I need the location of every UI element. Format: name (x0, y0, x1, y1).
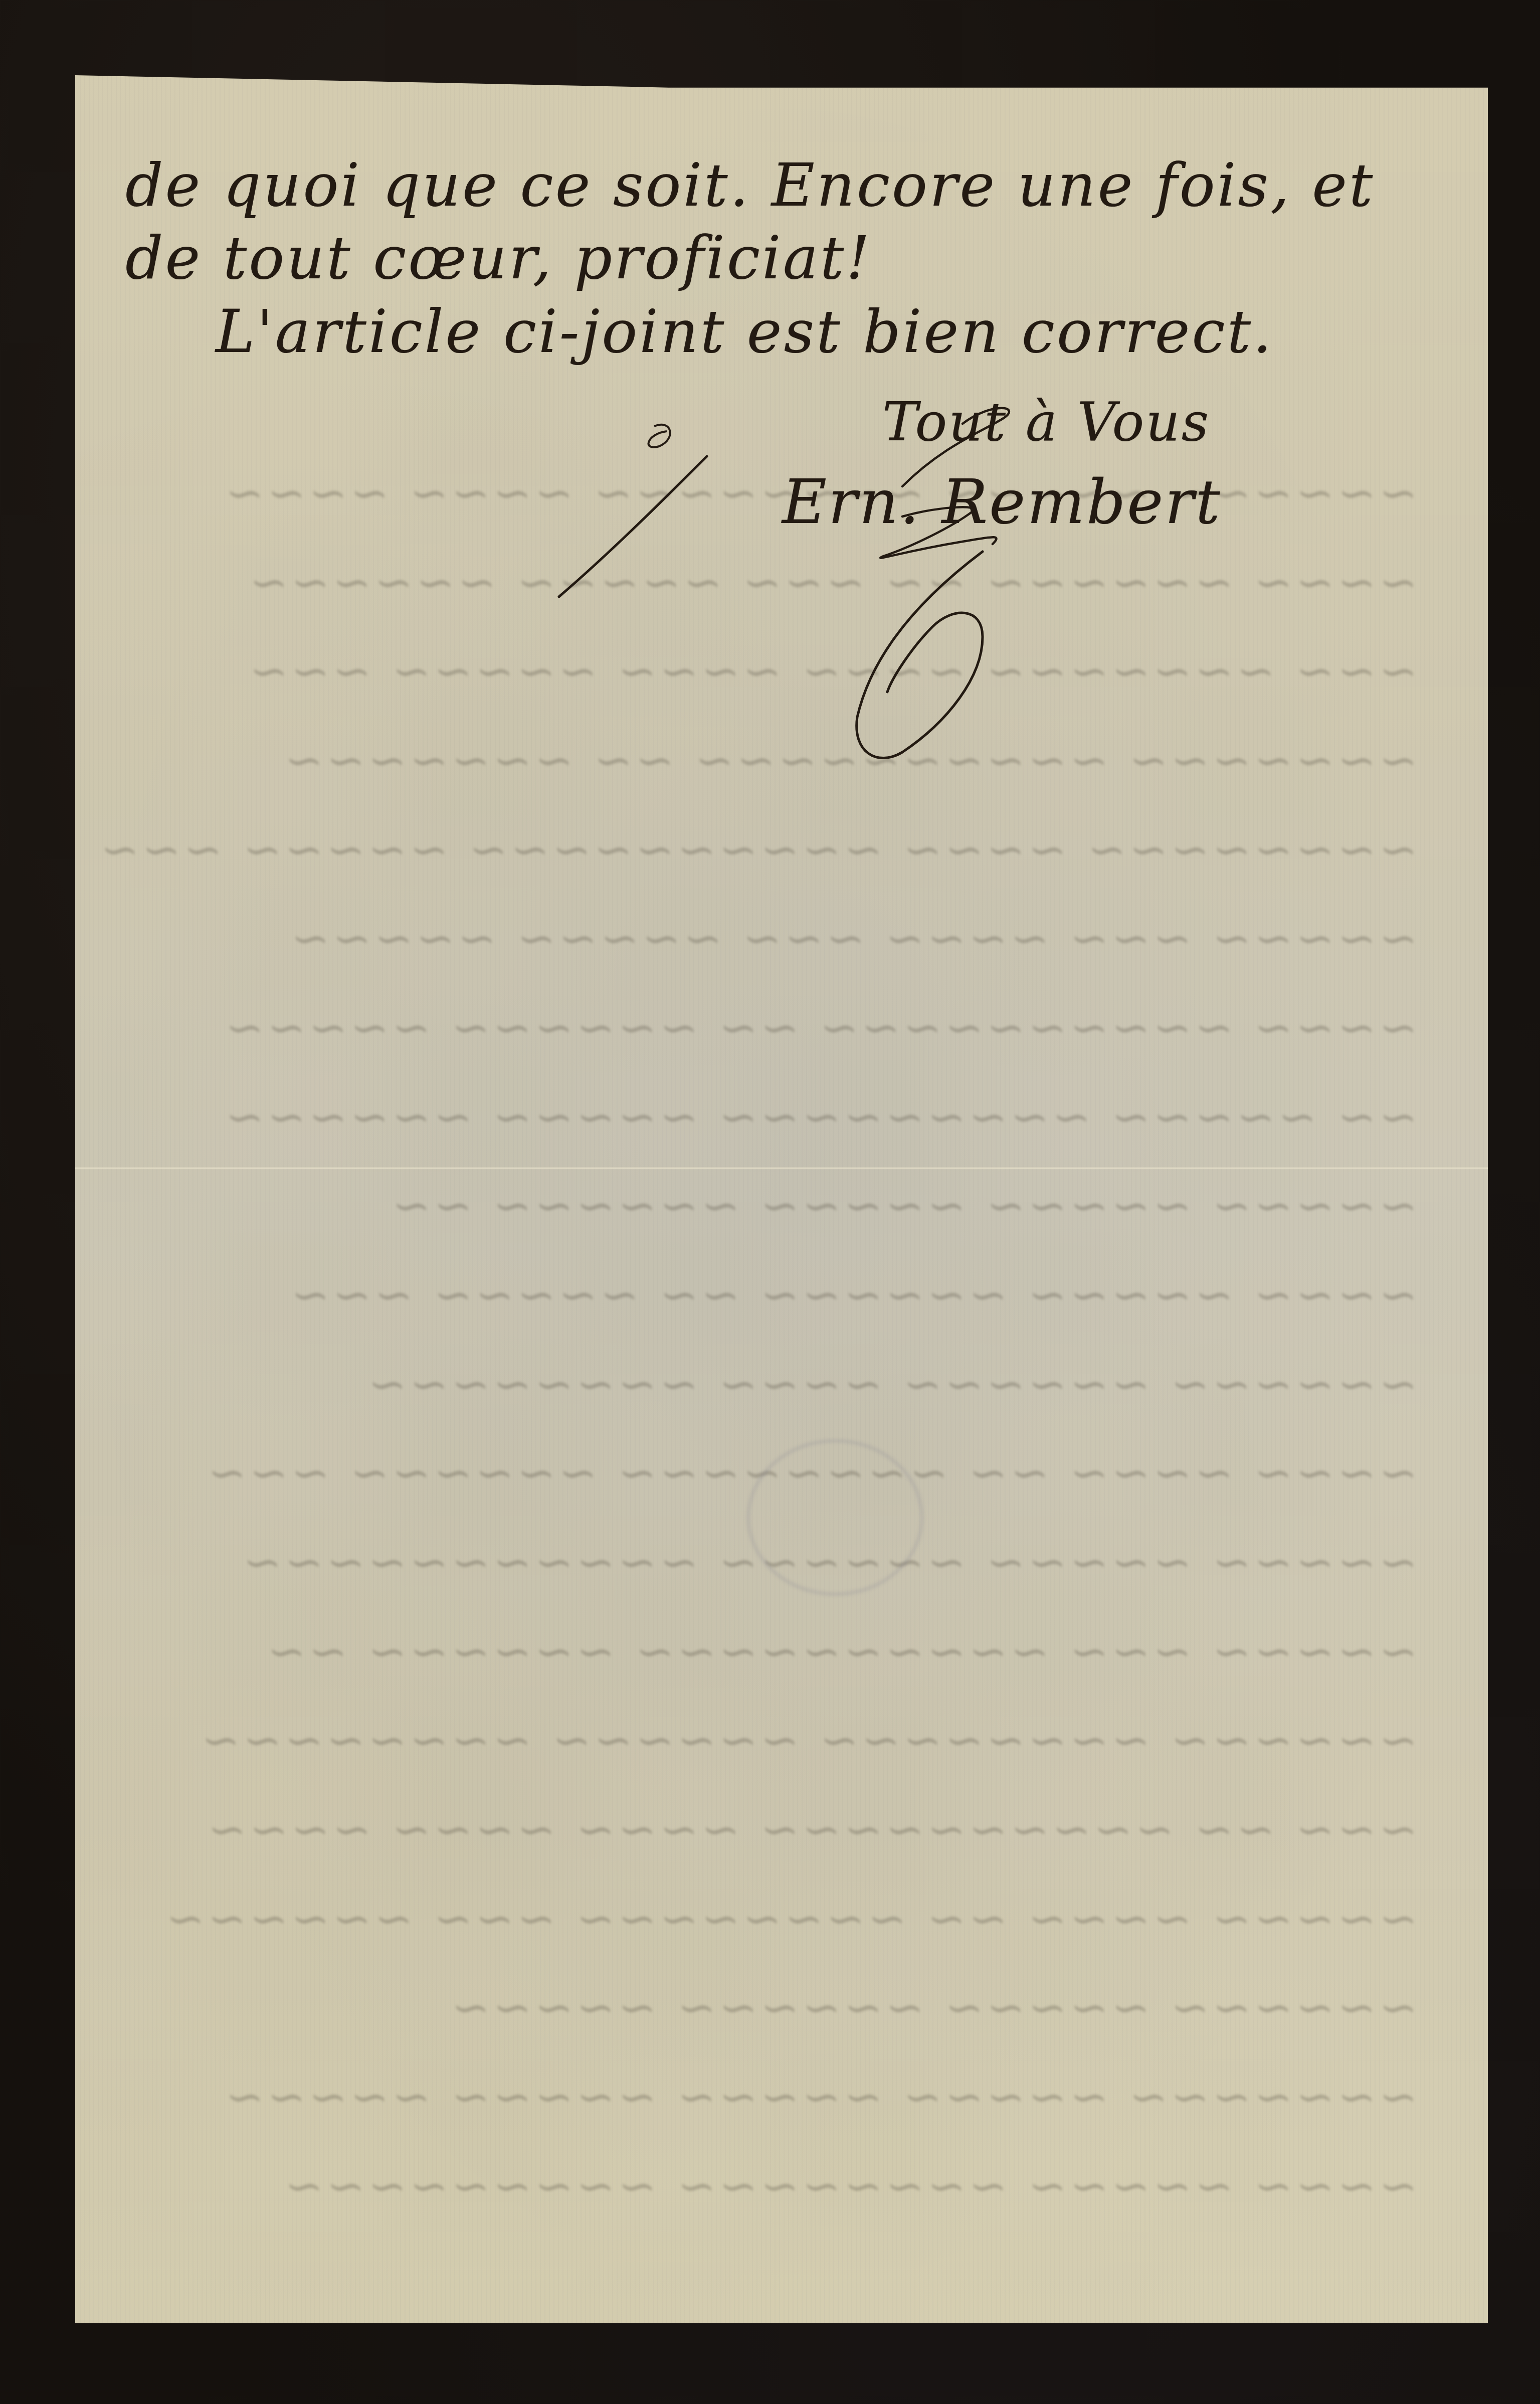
faint-stamp-impression (747, 1439, 923, 1596)
letter-signature: Ern. Rembert (782, 466, 1222, 538)
bleed-line: ~~~~~ ~~~~ ~~ ~~~~~~~~ ~~~ ~~~~~~ (145, 1892, 1418, 1946)
letter-closing: Tout à Vous (882, 391, 1210, 453)
bleed-line: ~~~~ ~~~~~ ~~~~~~ ~~ ~~~~~ ~~~ (145, 1268, 1418, 1322)
bleed-line: ~~ ~~~~~ ~~~~~~~~~ ~~~~~ ~~~~~~ (145, 1090, 1418, 1144)
bleed-line: ~~~~~~~ ~~~~~ ~~~~~ ~~~~~ ~~~~~ (145, 2070, 1418, 2124)
bleed-line: ~~~~~~ ~~~~~~ ~~~~ ~~~~~~~~ (145, 1357, 1418, 1411)
bleed-line: ~~~~ ~~~~~~ ~~ ~~~ ~~~~~ ~~~~~~ (145, 556, 1418, 609)
bleed-line: ~~~~~ ~~~ ~~~~ ~~~ ~~~~~ ~~~~~ (145, 912, 1418, 965)
bleed-line: ~~~~ ~~~~~ ~~~~~~~~ ~~~~~~~~~ (145, 2159, 1418, 2213)
letter-page: ~~~~~~ ~~~~~ ~~~~~~~~ ~~~~ ~~~~ ~~~~ ~~~… (75, 75, 1488, 2323)
letter-line-2: de tout cœur, proficiat! (125, 223, 872, 292)
bleed-line: ~~~ ~~ ~~~~~~~~~~ ~~~~ ~~~~ ~~~~ (145, 1803, 1418, 1856)
bleed-line: ~~~~~ ~~~ ~~~~~~~~~~ ~~~~~~ ~~ (145, 1625, 1418, 1678)
bleed-line: ~~~ ~~~~~~~ ~~~~ ~~~~ ~~~~~ ~~~ (145, 644, 1418, 698)
bleed-line: ~~~~~~ ~~~~~ ~~~~~~ ~~~~~ (145, 1981, 1418, 2034)
bleed-line: ~~~~~~~~ ~~~~ ~~~~~~~~~~ ~~~~~ ~~~ (145, 823, 1418, 877)
horizontal-fold-crease (75, 1167, 1488, 1169)
bleed-line: ~~~~~~ ~~~~~ ~~~~~~~~ ~~~~ ~~~~ (145, 466, 1418, 520)
bleed-line: ~~~~~ ~~~~~ ~~~~~ ~~~~~~ ~~ (145, 1179, 1418, 1233)
bleed-line: ~~~~~~~ ~~~~~~~~~~ ~~ ~~~~~~~ (145, 734, 1418, 787)
bleed-line: ~~~~~~ ~~~~~~~~ ~~~~~~ ~~~~~~~~ (145, 1713, 1418, 1767)
reverse-side-bleed-through: ~~~~~~ ~~~~~ ~~~~~~~~ ~~~~ ~~~~ ~~~~ ~~~… (145, 466, 1418, 2213)
bleed-line: ~~~~ ~~~~~~~~~~ ~~ ~~~~~~ ~~~~~ (145, 1001, 1418, 1055)
letter-line-3: L'article ci-joint est bien correct. (216, 297, 1274, 366)
letter-line-1: de quoi que ce soit. Encore une fois, et (125, 150, 1375, 220)
